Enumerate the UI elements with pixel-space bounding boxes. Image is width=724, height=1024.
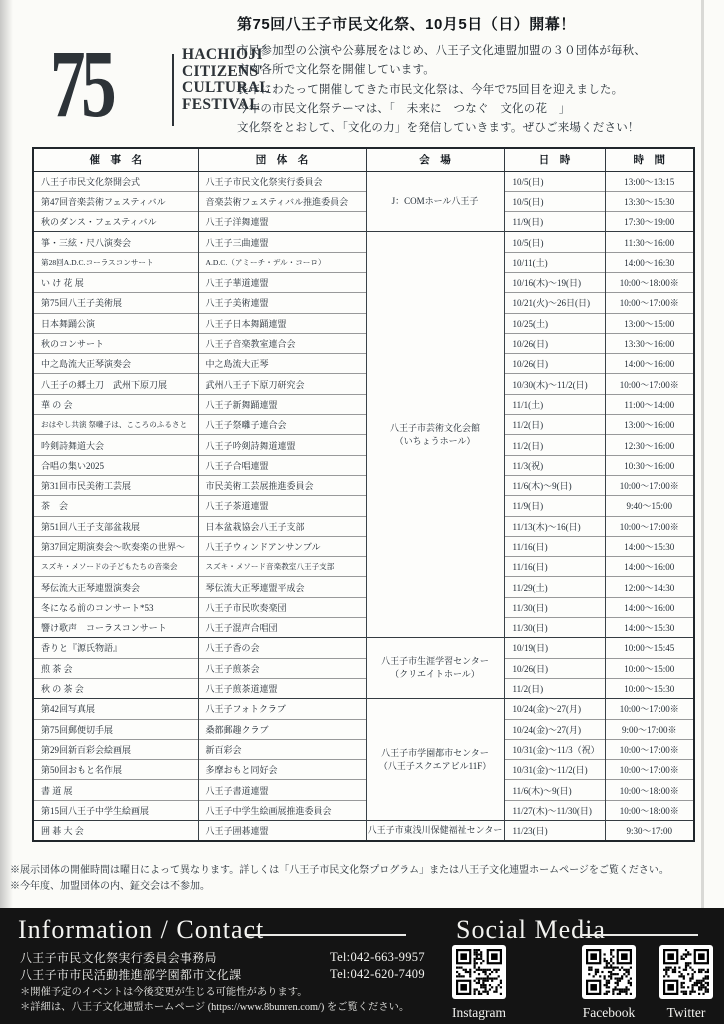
event-org: 八王子合唱連盟 xyxy=(198,455,366,475)
event-org: 八王子書道連盟 xyxy=(198,780,366,800)
table-row: 第42回写真展八王子フォトクラブ八王子市学園都市センター（八王子スクエアビル11… xyxy=(33,699,694,719)
table-row: 書 道 展八王子書道連盟11/6(木)～9(日)10:00～18:00※ xyxy=(33,780,694,800)
event-date: 11/16(日) xyxy=(504,557,605,577)
venue-cell: 八王子市生涯学習センター（クリエイトホール） xyxy=(366,638,504,699)
event-name: 第31回市民美術工芸展 xyxy=(33,475,198,495)
table-row: 日本舞踊公演八王子日本舞踊連盟10/25(土)13:00～15:00 xyxy=(33,313,694,333)
event-time: 10:00～18:00※ xyxy=(605,800,694,820)
event-org: 八王子囲碁連盟 xyxy=(198,821,366,841)
event-date: 11/2(日) xyxy=(504,435,605,455)
table-row: 第51回八王子支部盆栽展日本盆栽協会八王子支部11/13(木)～16(日)10:… xyxy=(33,516,694,536)
event-name: 秋 の 茶 会 xyxy=(33,678,198,698)
event-date: 11/6(木)～9(日) xyxy=(504,475,605,495)
event-time: 14:00～16:00 xyxy=(605,597,694,617)
table-row: 秋 の 茶 会八王子煎茶道連盟11/2(日)10:00～15:30 xyxy=(33,678,694,698)
event-time: 10:00～15:45 xyxy=(605,638,694,658)
events-table: 催 事 名団 体 名会 場日 時時 間 八王子市民文化祭開会式八王子市民文化祭実… xyxy=(32,147,695,842)
venue-cell: 八王子市学園都市センター（八王子スクエアビル11F） xyxy=(366,699,504,821)
event-date: 10/24(金)～27(月) xyxy=(504,699,605,719)
table-row: 第15回八王子中学生絵画展八王子中学生絵画展推進委員会11/27(木)～11/3… xyxy=(33,800,694,820)
event-name: おはやし共演 祭囃子は、こころのふるさと xyxy=(33,415,198,435)
event-org: 八王子美術連盟 xyxy=(198,293,366,313)
event-date: 10/16(木)～19(日) xyxy=(504,272,605,292)
event-date: 10/26(日) xyxy=(504,354,605,374)
intro-line: 今年の市民文化祭テーマは、「 未来に つなぐ 文化の花 」 xyxy=(237,100,707,119)
event-name: 日本舞踊公演 xyxy=(33,313,198,333)
event-org: 八王子華道連盟 xyxy=(198,272,366,292)
social-label: Facebook xyxy=(582,1005,636,1021)
event-org: 八王子中学生絵画展推進委員会 xyxy=(198,800,366,820)
event-date: 10/5(日) xyxy=(504,191,605,211)
table-row: スズキ・メソードの子どもたちの音楽会スズキ・メソード音楽教室八王子支部11/16… xyxy=(33,557,694,577)
table-row: 第37回定期演奏会～吹奏楽の世界～八王子ウィンドアンサンブル11/16(日)14… xyxy=(33,536,694,556)
event-time: 9:40～15:00 xyxy=(605,496,694,516)
event-time: 11:30～16:00 xyxy=(605,232,694,252)
event-org: スズキ・メソード音楽教室八王子支部 xyxy=(198,557,366,577)
event-org: 八王子香の会 xyxy=(198,638,366,658)
event-date: 10/5(日) xyxy=(504,171,605,191)
event-name: 箏・三絃・尺八演奏会 xyxy=(33,232,198,252)
notes: ※展示団体の開催時間は曜日によって異なります。詳しくは「八王子市民文化祭プログラ… xyxy=(10,863,669,895)
event-org: A.D.C.（アミーチ・デル・コーロ） xyxy=(198,252,366,272)
venue-cell: 八王子市芸術文化会館（いちょうホール） xyxy=(366,232,504,638)
event-org: 八王子吟剣詩舞道連盟 xyxy=(198,435,366,455)
event-date: 10/25(土) xyxy=(504,313,605,333)
event-time: 12:00～14:30 xyxy=(605,577,694,597)
event-org: 八王子市民吹奏楽団 xyxy=(198,597,366,617)
qr-code-instagram xyxy=(452,945,506,999)
event-org: 八王子市民文化祭実行委員会 xyxy=(198,171,366,191)
event-time: 9:30～17:00 xyxy=(605,821,694,841)
event-date: 10/5(日) xyxy=(504,232,605,252)
event-org: 八王子フォトクラブ xyxy=(198,699,366,719)
event-org: 八王子煎茶道連盟 xyxy=(198,678,366,698)
info-contact-title: Information / Contact xyxy=(18,915,264,945)
event-name: 第29回新百彩会絵画展 xyxy=(33,739,198,759)
table-row: 響け歌声 コーラスコンサート八王子混声合唱団11/30(日)14:00～15:3… xyxy=(33,618,694,638)
info-rule xyxy=(246,934,406,936)
event-name: 香りと『源氏物語』 xyxy=(33,638,198,658)
event-time: 10:00～17:00※ xyxy=(605,699,694,719)
event-name: 吟剣詩舞道大会 xyxy=(33,435,198,455)
event-name: 第37回定期演奏会～吹奏楽の世界～ xyxy=(33,536,198,556)
table-row: 煎 茶 会八王子煎茶会10/26(日)10:00～15:00 xyxy=(33,658,694,678)
footer: Information / Contact 八王子市民文化祭実行委員会事務局Te… xyxy=(0,908,724,1024)
footnote-line: ＊詳細は、八王子文化連盟ホームページ (https://www.8bunren.… xyxy=(20,1000,409,1015)
social-item-instagram: Instagram xyxy=(452,945,506,1021)
event-org: 八王子音楽教室連合会 xyxy=(198,333,366,353)
event-time: 14:00～16:00 xyxy=(605,557,694,577)
event-name: 八王子の郷土刀 武州下原刀展 xyxy=(33,374,198,394)
table-row: 秋のコンサート八王子音楽教室連合会10/26(日)13:30～16:00 xyxy=(33,333,694,353)
event-name: 中之島流大正琴演奏会 xyxy=(33,354,198,374)
event-date: 11/27(木)～11/30(日) xyxy=(504,800,605,820)
table-row: 第75回郵便切手展桑都郵趣クラブ10/24(金)～27(月)9:00～17:00… xyxy=(33,719,694,739)
event-time: 9:00～17:00※ xyxy=(605,719,694,739)
event-name: 響け歌声 コーラスコンサート xyxy=(33,618,198,638)
table-row: 冬になる前のコンサート*53八王子市民吹奏楽団11/30(日)14:00～16:… xyxy=(33,597,694,617)
contact-tel: Tel:042-663-9957 xyxy=(330,950,425,965)
event-org: 八王子ウィンドアンサンブル xyxy=(198,536,366,556)
table-row: 琴伝流大正琴連盟演奏会琴伝流大正琴連盟平成会11/29(土)12:00～14:3… xyxy=(33,577,694,597)
event-name: 煎 茶 会 xyxy=(33,658,198,678)
event-time: 10:00～17:00※ xyxy=(605,516,694,536)
note-line: ※今年度、加盟団体の内、鉦交会は不参加。 xyxy=(10,879,669,895)
logo-divider xyxy=(172,54,174,126)
event-time: 13:00～13:15 xyxy=(605,171,694,191)
table-row: 秋のダンス・フェスティバル八王子洋舞連盟11/9(日)17:30～19:00 xyxy=(33,212,694,232)
event-org: 武州八王子下原刀研究会 xyxy=(198,374,366,394)
event-org: 多摩おもと同好会 xyxy=(198,760,366,780)
event-time: 10:00～15:00 xyxy=(605,658,694,678)
footer-footnotes: ＊開催予定のイベントは今後変更が生じる可能性があります。＊詳細は、八王子文化連盟… xyxy=(20,985,409,1015)
intro-line: 長年にわたって開催してきた市民文化祭は、今年で75回目を迎えました。 xyxy=(237,81,707,100)
event-date: 11/29(土) xyxy=(504,577,605,597)
venue-cell: J：COMホール八王子 xyxy=(366,171,504,232)
event-time: 13:00～15:00 xyxy=(605,313,694,333)
event-org: 八王子三曲連盟 xyxy=(198,232,366,252)
event-date: 11/3(祝) xyxy=(504,455,605,475)
social-label: Twitter xyxy=(659,1005,713,1021)
event-name: 第47回音楽芸術フェスティバル xyxy=(33,191,198,211)
intro-lines: 市民参加型の公演や公募展をはじめ、八王子文化連盟加盟の３０団体が毎秋、市内各所で… xyxy=(237,42,707,138)
contact-row: 八王子市民文化祭実行委員会事務局Tel:042-663-9957 xyxy=(20,949,425,966)
column-header: 団 体 名 xyxy=(198,148,366,171)
event-time: 13:30～15:30 xyxy=(605,191,694,211)
table-row: 第75回八王子美術展八王子美術連盟10/21(火)～26日(日)10:00～17… xyxy=(33,293,694,313)
intro-line: 市内各所で文化祭を開催しています。 xyxy=(237,61,707,80)
table-row: 八王子市民文化祭開会式八王子市民文化祭実行委員会J：COMホール八王子10/5(… xyxy=(33,171,694,191)
event-time: 10:00～18:00※ xyxy=(605,780,694,800)
event-date: 11/2(日) xyxy=(504,678,605,698)
contact-row: 八王子市市民活動推進部学園都市文化課Tel:042-620-7409 xyxy=(20,966,425,983)
table-row: 合唱の集い2025八王子合唱連盟11/3(祝)10:30～16:00 xyxy=(33,455,694,475)
event-org: 八王子祭囃子連合会 xyxy=(198,415,366,435)
event-time: 12:30～16:00 xyxy=(605,435,694,455)
event-name: 秋のコンサート xyxy=(33,333,198,353)
event-date: 10/11(土) xyxy=(504,252,605,272)
event-time: 10:00～17:00※ xyxy=(605,293,694,313)
event-date: 10/26(日) xyxy=(504,658,605,678)
event-name: 書 道 展 xyxy=(33,780,198,800)
event-name: 琴伝流大正琴連盟演奏会 xyxy=(33,577,198,597)
event-name: 冬になる前のコンサート*53 xyxy=(33,597,198,617)
table-row: 第31回市民美術工芸展市民美術工芸展推進委員会11/6(木)～9(日)10:00… xyxy=(33,475,694,495)
event-time: 13:30～16:00 xyxy=(605,333,694,353)
event-time: 14:00～16:00 xyxy=(605,354,694,374)
event-time: 10:00～15:30 xyxy=(605,678,694,698)
event-name: 第28回A.D.C.コーラスコンサート xyxy=(33,252,198,272)
festival-logo: 75 HACHIOJI CITIZENS' CULTURAL FESTIVAL xyxy=(50,44,134,124)
contact-org: 八王子市市民活動推進部学園都市文化課 xyxy=(20,966,330,983)
event-org: 八王子煎茶会 xyxy=(198,658,366,678)
intro-line: 市民参加型の公演や公募展をはじめ、八王子文化連盟加盟の３０団体が毎秋、 xyxy=(237,42,707,61)
event-name: 囲 碁 大 会 xyxy=(33,821,198,841)
event-org: 八王子新舞踊連盟 xyxy=(198,394,366,414)
event-date: 10/31(金)～11/3（祝） xyxy=(504,739,605,759)
event-time: 10:00～17:00※ xyxy=(605,374,694,394)
contact-org: 八王子市民文化祭実行委員会事務局 xyxy=(20,949,330,966)
event-org: 中之島流大正琴 xyxy=(198,354,366,374)
event-date: 10/21(火)～26日(日) xyxy=(504,293,605,313)
event-org: 新百彩会 xyxy=(198,739,366,759)
table-header-row: 催 事 名団 体 名会 場日 時時 間 xyxy=(33,148,694,171)
page-title: 第75回八王子市民文化祭、10月5日（日）開幕！ xyxy=(237,13,707,34)
event-name: スズキ・メソードの子どもたちの音楽会 xyxy=(33,557,198,577)
table-row: おはやし共演 祭囃子は、こころのふるさと八王子祭囃子連合会11/2(日)13:0… xyxy=(33,415,694,435)
scan-edge-left xyxy=(0,0,13,908)
event-org: 市民美術工芸展推進委員会 xyxy=(198,475,366,495)
event-time: 10:30～16:00 xyxy=(605,455,694,475)
logo-number: 75 xyxy=(50,44,112,124)
event-org: 八王子日本舞踊連盟 xyxy=(198,313,366,333)
social-item-twitter: Twitter xyxy=(659,945,713,1021)
contacts: 八王子市民文化祭実行委員会事務局Tel:042-663-9957八王子市市民活動… xyxy=(20,949,425,983)
event-date: 11/16(日) xyxy=(504,536,605,556)
event-org: 八王子洋舞連盟 xyxy=(198,212,366,232)
event-time: 10:00～18:00※ xyxy=(605,272,694,292)
table-row: 吟剣詩舞道大会八王子吟剣詩舞道連盟11/2(日)12:30～16:00 xyxy=(33,435,694,455)
event-org: 桑都郵趣クラブ xyxy=(198,719,366,739)
column-header: 時 間 xyxy=(605,148,694,171)
contact-tel: Tel:042-620-7409 xyxy=(330,967,425,982)
column-header: 催 事 名 xyxy=(33,148,198,171)
event-org: 音楽芸術フェスティバル推進委員会 xyxy=(198,191,366,211)
event-org: 琴伝流大正琴連盟平成会 xyxy=(198,577,366,597)
social-item-facebook: Facebook xyxy=(582,945,636,1021)
table-row: 第50回おもと名作展多摩おもと同好会10/31(金)～11/2(日)10:00～… xyxy=(33,760,694,780)
event-date: 11/6(木)～9(日) xyxy=(504,780,605,800)
event-name: 第75回八王子美術展 xyxy=(33,293,198,313)
event-name: 茶 会 xyxy=(33,496,198,516)
event-name: い け 花 展 xyxy=(33,272,198,292)
table-row: 第28回A.D.C.コーラスコンサートA.D.C.（アミーチ・デル・コーロ）10… xyxy=(33,252,694,272)
column-header: 会 場 xyxy=(366,148,504,171)
table-row: 香りと『源氏物語』八王子香の会八王子市生涯学習センター（クリエイトホール）10/… xyxy=(33,638,694,658)
note-line: ※展示団体の開催時間は曜日によって異なります。詳しくは「八王子市民文化祭プログラ… xyxy=(10,863,669,879)
event-date: 11/1(土) xyxy=(504,394,605,414)
event-time: 14:00～15:30 xyxy=(605,536,694,556)
event-name: 秋のダンス・フェスティバル xyxy=(33,212,198,232)
event-org: 八王子混声合唱団 xyxy=(198,618,366,638)
event-time: 10:00～17:00※ xyxy=(605,760,694,780)
intro-block: 第75回八王子市民文化祭、10月5日（日）開幕！ 市民参加型の公演や公募展をはじ… xyxy=(237,13,707,138)
event-date: 10/19(日) xyxy=(504,638,605,658)
events-tbody: 八王子市民文化祭開会式八王子市民文化祭実行委員会J：COMホール八王子10/5(… xyxy=(33,171,694,841)
event-org: 八王子茶道連盟 xyxy=(198,496,366,516)
table-row: 華 の 会八王子新舞踊連盟11/1(土)11:00～14:00 xyxy=(33,394,694,414)
event-name: 合唱の集い2025 xyxy=(33,455,198,475)
event-name: 第42回写真展 xyxy=(33,699,198,719)
table-row: 八王子の郷土刀 武州下原刀展武州八王子下原刀研究会10/30(木)～11/2(日… xyxy=(33,374,694,394)
social-label: Instagram xyxy=(452,1005,506,1021)
social-rule xyxy=(580,934,698,936)
event-name: 第15回八王子中学生絵画展 xyxy=(33,800,198,820)
table-row: 第47回音楽芸術フェスティバル音楽芸術フェスティバル推進委員会10/5(日)13… xyxy=(33,191,694,211)
event-date: 11/2(日) xyxy=(504,415,605,435)
column-header: 日 時 xyxy=(504,148,605,171)
event-time: 10:00～17:00※ xyxy=(605,475,694,495)
event-name: 八王子市民文化祭開会式 xyxy=(33,171,198,191)
event-time: 13:00～16:00 xyxy=(605,415,694,435)
event-time: 17:30～19:00 xyxy=(605,212,694,232)
footnote-line: ＊開催予定のイベントは今後変更が生じる可能性があります。 xyxy=(20,985,409,1000)
event-name: 第51回八王子支部盆栽展 xyxy=(33,516,198,536)
table-row: い け 花 展八王子華道連盟10/16(木)～19(日)10:00～18:00※ xyxy=(33,272,694,292)
event-name: 第75回郵便切手展 xyxy=(33,719,198,739)
event-date: 11/30(日) xyxy=(504,618,605,638)
table-row: 中之島流大正琴演奏会中之島流大正琴10/26(日)14:00～16:00 xyxy=(33,354,694,374)
event-date: 11/30(日) xyxy=(504,597,605,617)
event-time: 14:00～16:30 xyxy=(605,252,694,272)
event-name: 華 の 会 xyxy=(33,394,198,414)
table-row: 箏・三絃・尺八演奏会八王子三曲連盟八王子市芸術文化会館（いちょうホール）10/5… xyxy=(33,232,694,252)
event-date: 10/26(日) xyxy=(504,333,605,353)
event-name: 第50回おもと名作展 xyxy=(33,760,198,780)
event-date: 11/9(日) xyxy=(504,212,605,232)
intro-line: 文化祭をとおして、「文化の力」を発信していきます。ぜひご来場ください！ xyxy=(237,119,707,138)
venue-cell: 八王子市東浅川保健福祉センター xyxy=(366,821,504,841)
table-row: 囲 碁 大 会八王子囲碁連盟八王子市東浅川保健福祉センター11/23(日)9:3… xyxy=(33,821,694,841)
flyer-page: 75 HACHIOJI CITIZENS' CULTURAL FESTIVAL … xyxy=(0,0,724,1024)
table-row: 第29回新百彩会絵画展新百彩会10/31(金)～11/3（祝）10:00～17:… xyxy=(33,739,694,759)
event-time: 11:00～14:00 xyxy=(605,394,694,414)
event-time: 14:00～15:30 xyxy=(605,618,694,638)
qr-code-facebook xyxy=(582,945,636,999)
event-date: 11/9(日) xyxy=(504,496,605,516)
event-date: 10/24(金)～27(月) xyxy=(504,719,605,739)
table-row: 茶 会八王子茶道連盟11/9(日)9:40～15:00 xyxy=(33,496,694,516)
event-date: 11/23(日) xyxy=(504,821,605,841)
qr-code-twitter xyxy=(659,945,713,999)
event-date: 11/13(木)～16(日) xyxy=(504,516,605,536)
event-org: 日本盆栽協会八王子支部 xyxy=(198,516,366,536)
event-date: 10/31(金)～11/2(日) xyxy=(504,760,605,780)
event-time: 10:00～17:00※ xyxy=(605,739,694,759)
social-media-title: Social Media xyxy=(456,915,606,945)
event-date: 10/30(木)～11/2(日) xyxy=(504,374,605,394)
